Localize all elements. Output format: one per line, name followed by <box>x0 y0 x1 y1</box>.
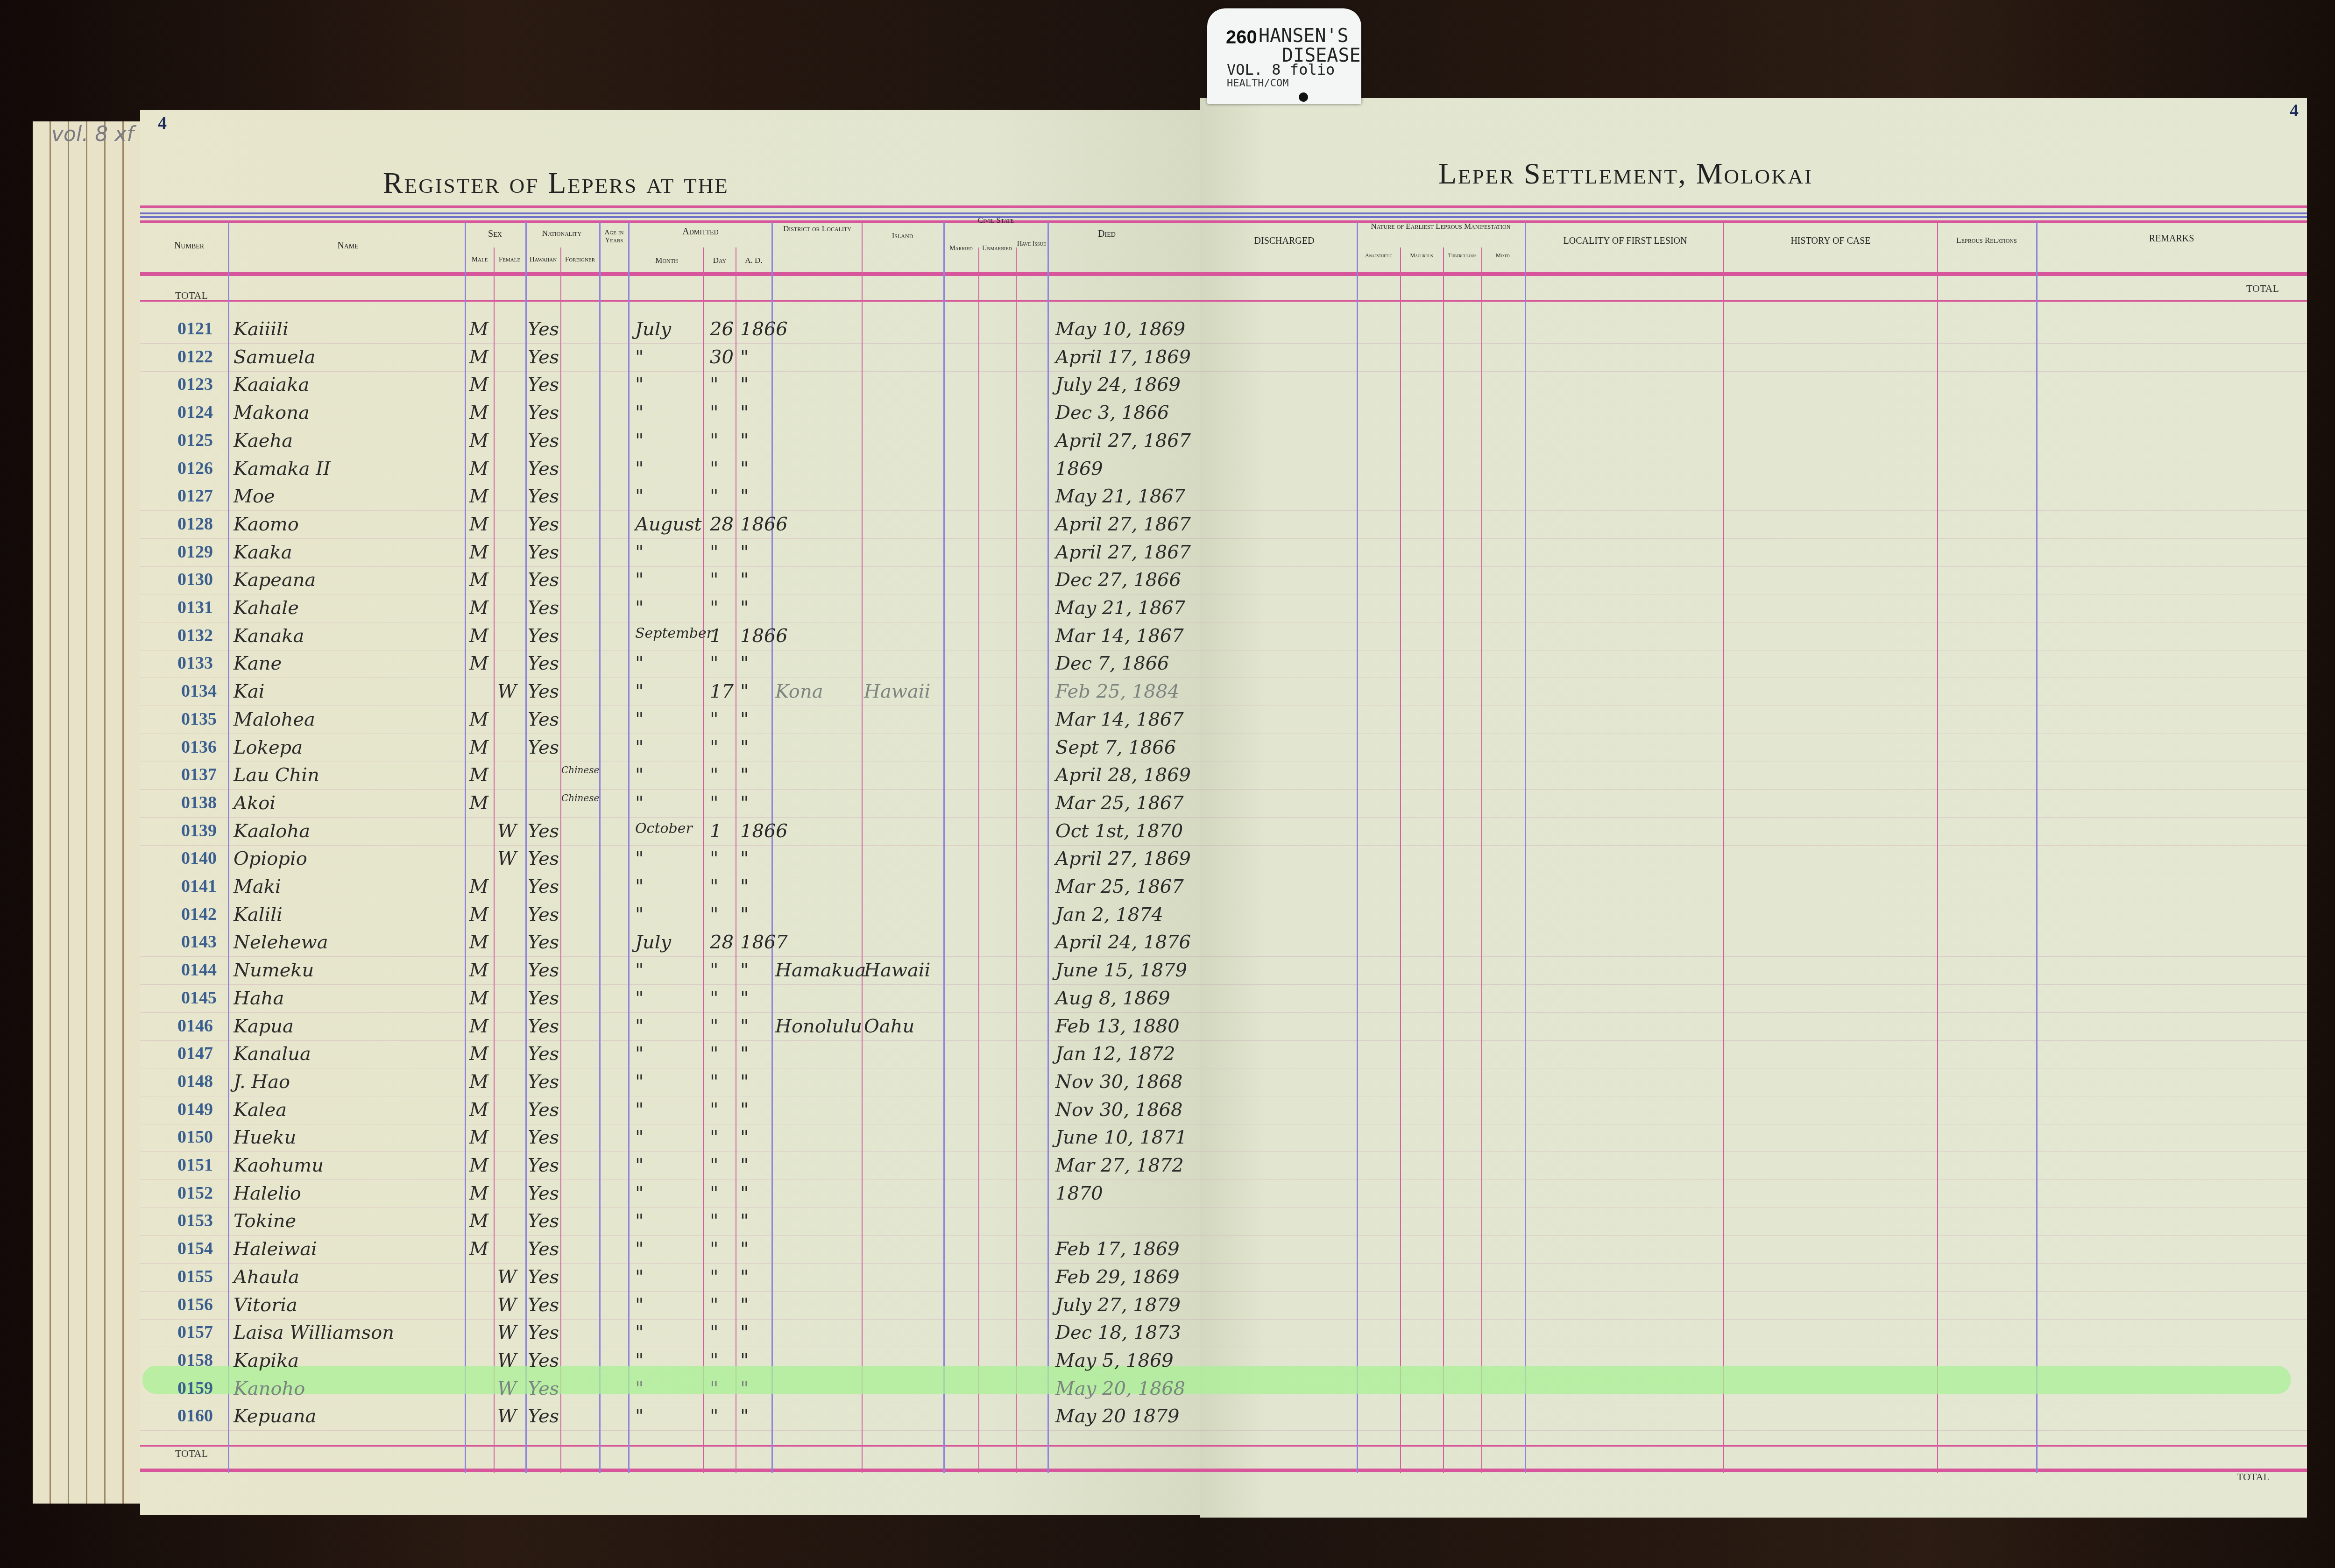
row-number: 0138 <box>181 792 217 813</box>
row-died: Feb 17, 1869 <box>1055 1238 1180 1260</box>
row-name: Ahaula <box>233 1266 299 1288</box>
row-died: Mar 14, 1867 <box>1055 625 1184 647</box>
row-name: Laisa Williamson <box>233 1322 394 1343</box>
header-foreigner: Foreigner <box>561 256 599 264</box>
row-died: April 27, 1867 <box>1055 514 1191 535</box>
row-admitted-month: " <box>635 1294 644 1316</box>
row-sex-female: W <box>497 1406 517 1427</box>
row-sex-male: M <box>469 486 488 507</box>
row-admitted-month: " <box>635 792 644 814</box>
tag-number: 260 <box>1226 27 1257 48</box>
row-sex-male: M <box>469 458 488 480</box>
row-died: Jan 2, 1874 <box>1055 904 1163 925</box>
row-admitted-month: " <box>635 374 644 396</box>
row-name: J. Hao <box>233 1071 290 1093</box>
row-admitted-day: " <box>710 1016 718 1037</box>
row-admitted-day: " <box>710 1350 718 1371</box>
header-day: Day <box>704 256 736 265</box>
row-nationality-hawaiian: Yes <box>528 1127 559 1148</box>
row-rule <box>140 1375 2307 1375</box>
row-nationality-hawaiian: Yes <box>528 904 559 925</box>
row-admitted-month: " <box>635 1266 644 1288</box>
header-remarks: REMARKS <box>2041 233 2302 244</box>
row-name: Kalili <box>233 904 283 925</box>
row-nationality-hawaiian: Yes <box>528 1183 559 1204</box>
row-nationality-hawaiian: Yes <box>528 1155 559 1176</box>
header-female: Female <box>494 256 525 264</box>
row-nationality-hawaiian: Yes <box>528 542 559 563</box>
row-died: Jan 12, 1872 <box>1055 1043 1175 1065</box>
row-rule <box>140 1068 2307 1068</box>
tag-title: HANSEN'SDISEASE <box>1259 26 1361 65</box>
row-admitted-year: " <box>740 597 749 619</box>
title-left: Register of Lepers at the <box>383 166 729 200</box>
row-admitted-month: " <box>635 848 644 869</box>
row-name: Lau Chin <box>233 764 319 786</box>
row-number: 0140 <box>181 848 217 869</box>
row-admitted-month: " <box>635 960 644 981</box>
row-admitted-year: 1867 <box>740 932 788 953</box>
row-number: 0143 <box>181 932 217 952</box>
row-admitted-month: " <box>635 1155 644 1176</box>
row-admitted-year: " <box>740 1378 749 1399</box>
row-nationality-hawaiian: Yes <box>528 932 559 953</box>
total-label-top-left: TOTAL <box>175 290 208 302</box>
row-admitted-day: " <box>710 848 718 869</box>
row-district: Kona <box>775 681 823 702</box>
header-unmarried: Unmarried <box>979 245 1015 253</box>
row-sex-male: M <box>469 625 488 647</box>
row-sex-male: M <box>469 374 488 396</box>
header-macurous: Macurous <box>1401 252 1442 259</box>
row-name: Kai <box>233 681 265 702</box>
row-admitted-day: 30 <box>710 346 734 368</box>
header-anaesthetic: Anaesthetic <box>1358 252 1399 259</box>
row-number: 0150 <box>177 1127 213 1147</box>
row-died: April 27, 1867 <box>1055 430 1191 452</box>
row-number: 0135 <box>181 709 217 729</box>
row-nationality-hawaiian: Yes <box>528 430 559 452</box>
row-admitted-year: " <box>740 1155 749 1176</box>
row-name: Vitoria <box>233 1294 297 1316</box>
row-admitted-day: " <box>710 1238 718 1260</box>
row-died: May 5, 1869 <box>1055 1350 1174 1371</box>
volume-note: vol. 8 xf <box>51 122 134 146</box>
row-sex-male: M <box>469 569 488 591</box>
row-sex-male: M <box>469 597 488 619</box>
row-admitted-year: " <box>740 1016 749 1037</box>
row-sex-male: M <box>469 1016 488 1037</box>
row-sex-female: W <box>497 1266 517 1288</box>
row-admitted-month: " <box>635 1350 644 1371</box>
row-admitted-month: " <box>635 764 644 786</box>
row-rule <box>140 1124 2307 1124</box>
row-died: May 20 1879 <box>1055 1406 1180 1427</box>
header-history: HISTORY OF CASE <box>1726 236 1936 247</box>
row-name: Kaohumu <box>233 1155 324 1176</box>
row-nationality-hawaiian: Yes <box>528 1043 559 1065</box>
row-died: Nov 30, 1868 <box>1055 1099 1183 1121</box>
row-district: Honolulu <box>775 1016 862 1037</box>
row-name: Kanoho <box>233 1378 305 1399</box>
row-number: 0146 <box>177 1016 213 1036</box>
row-rule <box>140 1347 2307 1347</box>
row-admitted-month: " <box>635 709 644 730</box>
row-sex-female: W <box>497 681 517 702</box>
archive-tag: 260 HANSEN'SDISEASE VOL. 8 folio HEALTH/… <box>1207 8 1361 104</box>
row-number: 0131 <box>177 597 213 618</box>
row-admitted-day: " <box>710 458 718 480</box>
row-admitted-day: " <box>710 374 718 396</box>
row-sex-female: W <box>497 1322 517 1343</box>
row-died: Dec 3, 1866 <box>1055 402 1169 424</box>
row-nationality-hawaiian: Yes <box>528 653 559 674</box>
row-nationality-hawaiian: Yes <box>528 1378 559 1399</box>
row-nationality-foreigner: Chinese <box>561 792 599 804</box>
row-name: Kepuana <box>233 1406 316 1427</box>
row-admitted-year: " <box>740 1266 749 1288</box>
header-sex: Sex <box>467 229 523 240</box>
row-nationality-hawaiian: Yes <box>528 1350 559 1371</box>
row-admitted-month: " <box>635 346 644 368</box>
row-admitted-year: " <box>740 1322 749 1343</box>
row-admitted-day: " <box>710 542 718 563</box>
row-admitted-day: 17 <box>710 681 734 702</box>
row-admitted-month: July <box>635 318 671 340</box>
row-admitted-year: " <box>740 1043 749 1065</box>
row-admitted-month: October <box>635 820 693 837</box>
header-tuberculous: Tuberculous <box>1444 252 1480 259</box>
row-rule <box>140 1096 2307 1096</box>
row-number: 0151 <box>177 1155 213 1175</box>
row-number: 0133 <box>177 653 213 673</box>
row-rule <box>140 594 2307 594</box>
row-number: 0157 <box>177 1322 213 1342</box>
row-died: June 10, 1871 <box>1055 1127 1187 1148</box>
row-admitted-day: " <box>710 1071 718 1093</box>
row-died: June 15, 1879 <box>1055 960 1187 981</box>
row-admitted-year: " <box>740 1071 749 1093</box>
row-rule <box>140 455 2307 455</box>
row-died: Sept 7, 1866 <box>1055 737 1176 758</box>
row-nationality-hawaiian: Yes <box>528 514 559 535</box>
tag-volume: VOL. 8 folio <box>1227 61 1335 78</box>
row-admitted-day: " <box>710 486 718 507</box>
row-number: 0153 <box>177 1210 213 1231</box>
row-nationality-hawaiian: Yes <box>528 709 559 730</box>
row-sex-female: W <box>497 1294 517 1316</box>
row-sex-male: M <box>469 932 488 953</box>
header-male: Male <box>466 256 493 264</box>
row-name: Kaiiili <box>233 318 289 340</box>
header-month: Month <box>630 256 703 265</box>
row-sex-male: M <box>469 1183 488 1204</box>
page-edges <box>33 121 145 1504</box>
row-rule <box>140 984 2307 985</box>
row-number: 0126 <box>177 458 213 479</box>
row-number: 0148 <box>177 1071 213 1092</box>
row-name: Kaaloha <box>233 820 310 842</box>
row-admitted-year: " <box>740 681 749 702</box>
row-nationality-hawaiian: Yes <box>528 597 559 619</box>
row-nationality-hawaiian: Yes <box>528 1406 559 1427</box>
total-label-top-right: TOTAL <box>2246 283 2279 295</box>
row-nationality-hawaiian: Yes <box>528 1238 559 1260</box>
row-rule <box>140 483 2307 483</box>
row-sex-male: M <box>469 1238 488 1260</box>
row-admitted-year: " <box>740 402 749 424</box>
row-island: Hawaii <box>864 681 930 702</box>
row-admitted-year: " <box>740 904 749 925</box>
row-nationality-hawaiian: Yes <box>528 876 559 897</box>
row-name: Numeku <box>233 960 314 981</box>
row-admitted-month: " <box>635 681 644 702</box>
row-admitted-day: " <box>710 904 718 925</box>
row-name: Kapeana <box>233 569 316 591</box>
row-admitted-year: 1866 <box>740 625 788 647</box>
row-name: Kamaka II <box>233 458 331 480</box>
row-sex-male: M <box>469 318 488 340</box>
row-admitted-year: " <box>740 430 749 452</box>
row-name: Haha <box>233 988 284 1009</box>
row-admitted-day: 1 <box>710 820 722 842</box>
row-name: Maki <box>233 876 281 897</box>
row-sex-female: W <box>497 1350 517 1371</box>
row-died: Mar 27, 1872 <box>1055 1155 1184 1176</box>
tag-series: HEALTH/COM <box>1227 78 1288 89</box>
row-sex-male: M <box>469 764 488 786</box>
row-name: Samuela <box>233 346 315 368</box>
row-nationality-hawaiian: Yes <box>528 1322 559 1343</box>
row-nationality-hawaiian: Yes <box>528 848 559 869</box>
row-died: April 24, 1876 <box>1055 932 1191 953</box>
row-nationality-hawaiian: Yes <box>528 820 559 842</box>
row-admitted-year: " <box>740 1210 749 1232</box>
row-admitted-year: 1866 <box>740 318 788 340</box>
row-admitted-month: August <box>635 514 702 535</box>
row-died: 1870 <box>1055 1183 1103 1204</box>
row-admitted-month: " <box>635 1071 644 1093</box>
row-rule <box>140 1263 2307 1264</box>
row-admitted-day: " <box>710 430 718 452</box>
row-nationality-hawaiian: Yes <box>528 737 559 758</box>
row-admitted-day: " <box>710 597 718 619</box>
row-rule <box>140 762 2307 762</box>
row-admitted-day: " <box>710 1210 718 1232</box>
header-nationality: Nationality <box>527 229 597 238</box>
row-admitted-month: " <box>635 458 644 480</box>
row-name: Kaeha <box>233 430 293 452</box>
page-number-right: 4 <box>2290 100 2299 121</box>
row-name: Kaomo <box>233 514 299 535</box>
row-sex-male: M <box>469 1127 488 1148</box>
row-admitted-year: " <box>740 569 749 591</box>
header-mixed: Mixed <box>1482 252 1523 259</box>
row-admitted-day: " <box>710 960 718 981</box>
row-rule <box>140 817 2307 818</box>
row-admitted-month: July <box>635 932 671 953</box>
row-sex-male: M <box>469 346 488 368</box>
row-admitted-year: " <box>740 709 749 730</box>
row-admitted-day: " <box>710 1294 718 1316</box>
row-died: April 27, 1867 <box>1055 542 1191 563</box>
header-admitted: Admitted <box>630 226 771 237</box>
row-rule <box>140 789 2307 790</box>
row-name: Akoi <box>233 792 276 814</box>
row-admitted-month: " <box>635 1127 644 1148</box>
row-nationality-hawaiian: Yes <box>528 1266 559 1288</box>
row-name: Kapika <box>233 1350 299 1371</box>
row-nationality-hawaiian: Yes <box>528 346 559 368</box>
row-died: July 27, 1879 <box>1055 1294 1181 1316</box>
right-page <box>1200 98 2307 1518</box>
row-nationality-hawaiian: Yes <box>528 625 559 647</box>
row-rule <box>140 901 2307 901</box>
row-admitted-year: " <box>740 792 749 814</box>
row-number: 0156 <box>177 1294 213 1315</box>
row-name: Kanalua <box>233 1043 311 1065</box>
row-nationality-hawaiian: Yes <box>528 318 559 340</box>
row-name: Kanaka <box>233 625 304 647</box>
row-nationality-hawaiian: Yes <box>528 458 559 480</box>
row-admitted-month: " <box>635 542 644 563</box>
row-rule <box>140 622 2307 622</box>
row-sex-male: M <box>469 792 488 814</box>
row-admitted-day: 26 <box>710 318 734 340</box>
row-rule <box>140 956 2307 957</box>
row-rule <box>140 1151 2307 1152</box>
row-admitted-day: " <box>710 876 718 897</box>
row-number: 0152 <box>177 1183 213 1203</box>
row-died: April 17, 1869 <box>1055 346 1191 368</box>
row-admitted-year: " <box>740 542 749 563</box>
row-rule <box>140 1403 2307 1403</box>
row-sex-male: M <box>469 1099 488 1121</box>
row-admitted-day: " <box>710 1378 718 1399</box>
row-admitted-year: " <box>740 346 749 368</box>
row-rule <box>140 1208 2307 1208</box>
row-died: May 21, 1867 <box>1055 597 1185 619</box>
row-admitted-year: " <box>740 458 749 480</box>
row-admitted-month: " <box>635 1406 644 1427</box>
header-married: Married <box>944 245 978 253</box>
row-sex-male: M <box>469 737 488 758</box>
row-nationality-hawaiian: Yes <box>528 486 559 507</box>
row-sex-male: M <box>469 988 488 1009</box>
row-number: 0141 <box>181 876 217 897</box>
row-admitted-month: " <box>635 486 644 507</box>
row-name: Halelio <box>233 1183 301 1204</box>
row-nationality-hawaiian: Yes <box>528 402 559 424</box>
row-nationality-hawaiian: Yes <box>528 1210 559 1232</box>
total-label-bottom-left: TOTAL <box>175 1448 208 1460</box>
row-died: Mar 14, 1867 <box>1055 709 1184 730</box>
row-sex-male: M <box>469 653 488 674</box>
row-died: May 20, 1868 <box>1055 1378 1185 1399</box>
row-sex-male: M <box>469 904 488 925</box>
row-admitted-day: 28 <box>710 514 734 535</box>
header-discharged: DISCHARGED <box>1214 236 1354 247</box>
row-admitted-month: " <box>635 1043 644 1065</box>
row-number: 0144 <box>181 960 217 980</box>
row-admitted-year: 1866 <box>740 820 788 842</box>
row-rule <box>140 845 2307 846</box>
row-rule <box>140 1291 2307 1292</box>
row-number: 0121 <box>177 318 213 339</box>
row-nationality-hawaiian: Yes <box>528 1294 559 1316</box>
row-number: 0154 <box>177 1238 213 1259</box>
row-sex-male: M <box>469 960 488 981</box>
row-admitted-month: " <box>635 737 644 758</box>
row-rule <box>140 1235 2307 1236</box>
row-died: Feb 25, 1884 <box>1055 681 1180 702</box>
row-admitted-month: " <box>635 430 644 452</box>
row-sex-male: M <box>469 430 488 452</box>
row-number: 0155 <box>177 1266 213 1287</box>
row-admitted-year: " <box>740 1294 749 1316</box>
row-admitted-year: " <box>740 486 749 507</box>
header-name: Name <box>233 240 462 251</box>
header-locality-first-lesion: LOCALITY OF FIRST LESION <box>1529 236 1721 247</box>
row-rule <box>140 1040 2307 1041</box>
row-rule <box>140 343 2307 344</box>
row-admitted-year: " <box>740 1406 749 1427</box>
row-died: 1869 <box>1055 458 1103 480</box>
row-sex-male: M <box>469 1155 488 1176</box>
row-admitted-day: 1 <box>710 625 722 647</box>
row-died: April 27, 1869 <box>1055 848 1191 869</box>
row-number: 0127 <box>177 486 213 506</box>
row-rule <box>140 427 2307 427</box>
row-rule <box>140 1012 2307 1013</box>
row-island: Oahu <box>864 1016 914 1037</box>
row-died: April 28, 1869 <box>1055 764 1191 786</box>
row-sex-male: M <box>469 1071 488 1093</box>
row-name: Moe <box>233 486 275 507</box>
row-name: Kaaka <box>233 542 292 563</box>
row-sex-female: W <box>497 1378 517 1399</box>
row-rule <box>140 1319 2307 1320</box>
row-admitted-month: " <box>635 1016 644 1037</box>
row-number: 0158 <box>177 1350 213 1370</box>
row-number: 0122 <box>177 346 213 367</box>
row-admitted-month: " <box>635 1099 644 1121</box>
row-number: 0137 <box>181 764 217 785</box>
row-number: 0136 <box>181 737 217 757</box>
header-civil-state: Civil State <box>946 216 1046 225</box>
row-admitted-day: 28 <box>710 932 734 953</box>
row-rule <box>140 1180 2307 1180</box>
row-admitted-day: " <box>710 1099 718 1121</box>
row-admitted-year: " <box>740 653 749 674</box>
row-died: Dec 7, 1866 <box>1055 653 1169 674</box>
row-admitted-month: " <box>635 1378 644 1399</box>
row-number: 0134 <box>181 681 217 701</box>
row-admitted-month: September <box>635 625 713 642</box>
row-admitted-day: " <box>710 1406 718 1427</box>
row-name: Hueku <box>233 1127 296 1148</box>
row-admitted-month: " <box>635 569 644 591</box>
header-ad: A. D. <box>736 256 771 265</box>
row-nationality-hawaiian: Yes <box>528 988 559 1009</box>
row-rule <box>140 873 2307 873</box>
row-died: Dec 27, 1866 <box>1055 569 1181 591</box>
row-name: Opiopio <box>233 848 307 869</box>
row-name: Kalea <box>233 1099 287 1121</box>
row-admitted-day: " <box>710 1266 718 1288</box>
row-number: 0160 <box>177 1406 213 1426</box>
row-nationality-hawaiian: Yes <box>528 681 559 702</box>
